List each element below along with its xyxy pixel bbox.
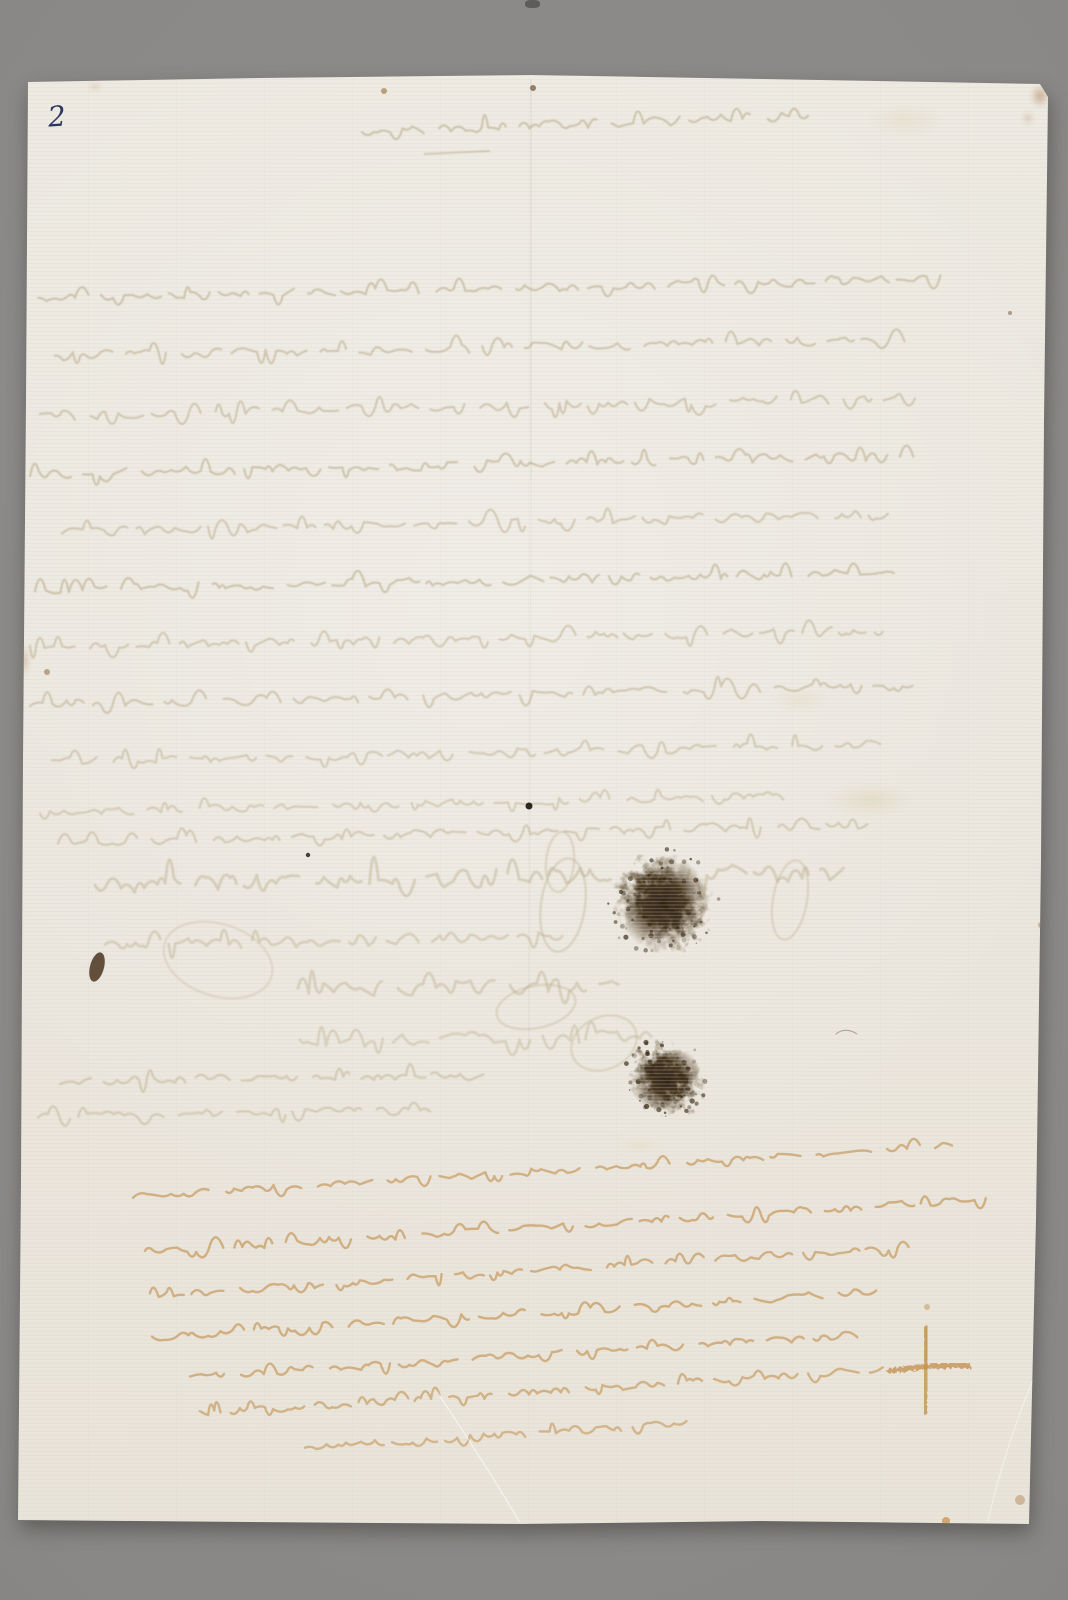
- ink-blots: [607, 847, 720, 1117]
- crease-lines: [437, 80, 1036, 1521]
- manuscript-page: 2: [0, 0, 1068, 1600]
- bleedthrough-signature-flourishes: [38, 831, 844, 1126]
- bleedthrough-bottom-text: [132, 1136, 986, 1455]
- ink-blot-2: [624, 1040, 707, 1117]
- cross-mark: [890, 1327, 969, 1412]
- ink-layer: [0, 0, 1068, 1600]
- scan-background: 2: [0, 0, 1068, 1600]
- bleedthrough-date-line: [362, 104, 809, 154]
- bleedthrough-main-text: [30, 268, 941, 853]
- page-number: 2: [47, 99, 67, 133]
- ink-blot-1: [607, 847, 720, 952]
- paper-shadow-wrap: 2: [0, 0, 1068, 1600]
